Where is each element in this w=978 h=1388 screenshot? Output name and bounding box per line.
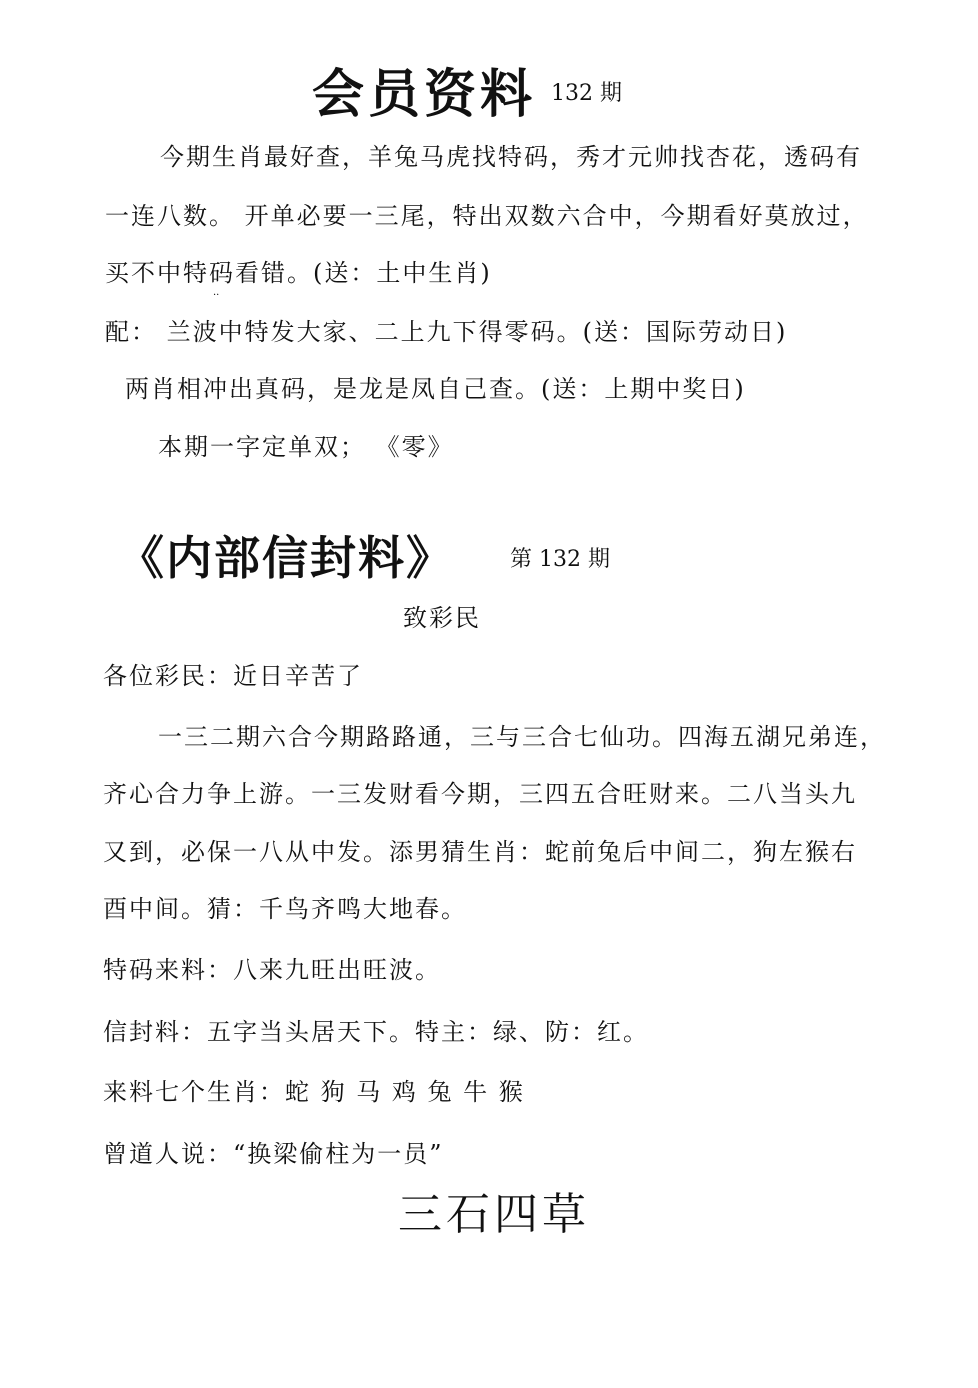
section2-item: 来料七个生肖：蛇 狗 马 鸡 兔 牛 猴 xyxy=(103,1072,525,1107)
section2-issue: 第 132 期 xyxy=(510,542,610,573)
section2-title: 《内部信封料》 xyxy=(118,522,454,588)
section1-line: 一连八数。 开单必要一三尾，特出双数六合中，今期看好莫放过， xyxy=(105,196,869,231)
section2-closing: 三石四草 xyxy=(398,1178,590,1242)
stray-dots: ·· xyxy=(213,290,219,301)
section1-line: 配： 兰波中特发大家、二上九下得零码。(送：国际劳动日) xyxy=(105,312,787,347)
section1-line: 两肖相冲出真码，是龙是凤自己查。(送：上期中奖日) xyxy=(125,369,746,404)
section2-greeting: 各位彩民：近日辛苦了 xyxy=(103,656,363,691)
section1-title: 会员资料 xyxy=(312,52,536,127)
section2-item: 曾道人说：“换梁偷柱为一员” xyxy=(103,1134,444,1169)
section1-line: 本期一字定单双； 《零》 xyxy=(158,427,454,462)
section2-body-line: 齐心合力争上游。一三发财看今期，三四五合旺财来。二八当头九 xyxy=(103,774,857,809)
section2-item: 特码来料：八来九旺出旺波。 xyxy=(103,950,441,985)
section1-line: 今期生肖最好查，羊兔马虎找特码，秀才元帅找杏花，透码有 xyxy=(160,137,862,172)
section1-issue: 132 期 xyxy=(551,76,622,107)
section2-body-line: 酉中间。猜：千鸟齐鸣大地春。 xyxy=(103,889,467,924)
section2-body-line: 又到，必保一八从中发。添男猜生肖：蛇前兔后中间二，狗左猴右 xyxy=(103,832,857,867)
section1-line: 买不中特码看错。(送：土中生肖) xyxy=(105,253,492,288)
section2-subtitle: 致彩民 xyxy=(403,598,481,633)
section2-body-line: 一三二期六合今期路路通，三与三合七仙功。四海五湖兄弟连， xyxy=(158,717,886,752)
section2-item: 信封料：五字当头居天下。特主：绿、防：红。 xyxy=(103,1012,649,1047)
